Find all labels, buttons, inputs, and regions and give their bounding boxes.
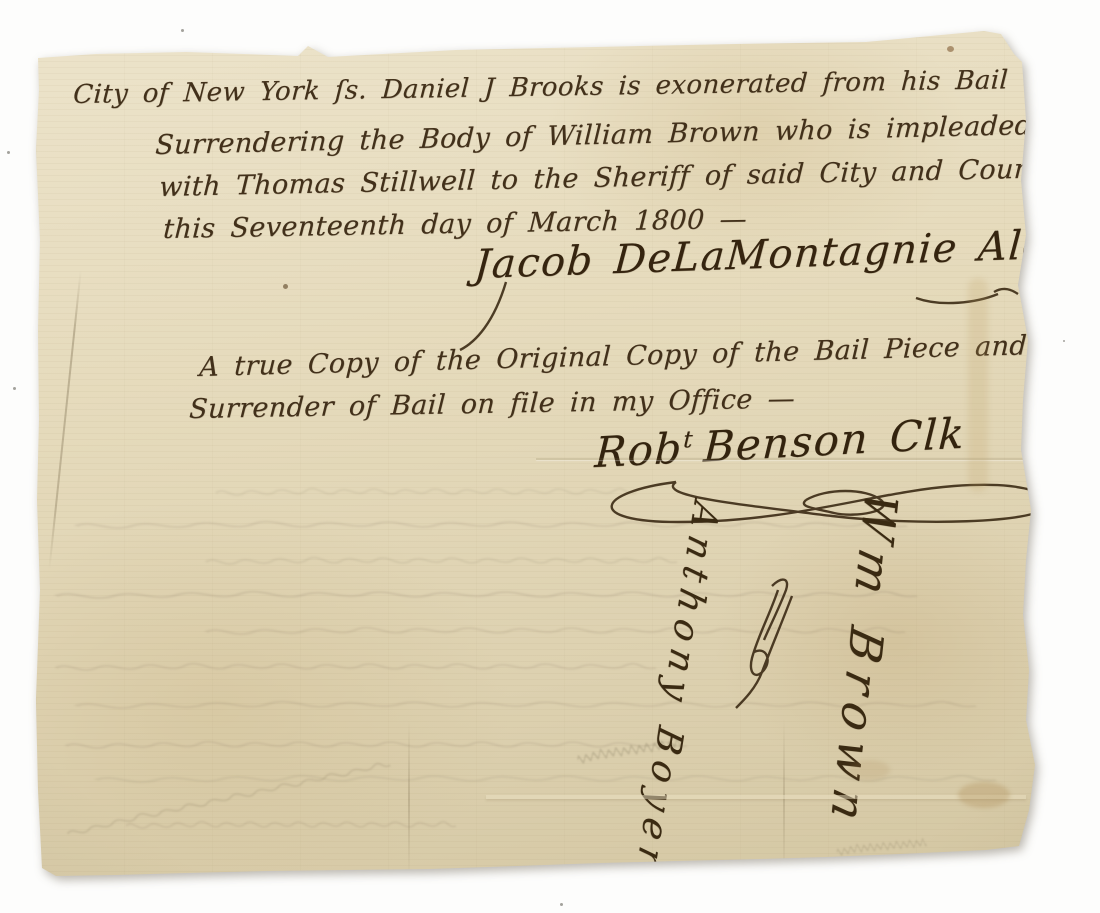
attestation-line: A true Copy of the Original Copy of the … (199, 330, 1028, 383)
paper-stain (958, 782, 1010, 808)
alderman-signature-superscript: n (1050, 224, 1067, 250)
paper-crease (783, 718, 785, 880)
document-line: City of New York ſs. Daniel J Brooks is … (72, 64, 1093, 110)
jacob-initial-descender (460, 282, 506, 350)
document-line: with Thomas Stillwell to the Sheriff of … (158, 153, 1059, 203)
ink-stain (283, 284, 288, 289)
clerk-signature-rest: Benson Clk (702, 409, 966, 472)
paper-shadow-wrap: City of New York ſs. Daniel J Brooks is … (0, 0, 1100, 913)
vertical-signature-wm-brown: Wm Brown (820, 487, 908, 836)
clerk-signature-first: Rob (593, 423, 684, 477)
attestation-line: Surrender of Bail on file in my Office — (188, 383, 796, 425)
clerk-signature-flourish (612, 482, 1036, 522)
clerk-signature-superscript: t (683, 427, 695, 454)
clerk-signature: RobtBenson Clk (593, 409, 966, 478)
paper-crease (486, 795, 1026, 799)
document-paper: City of New York ſs. Daniel J Brooks is … (36, 30, 1036, 878)
ink-stain (947, 46, 954, 52)
paper-stain (968, 278, 988, 492)
vertical-signature-anthony-boyer: Anthony Boyer (628, 497, 726, 878)
scan-background: City of New York ſs. Daniel J Brooks is … (0, 0, 1100, 913)
document-line: Surrendering the Body of William Brown w… (155, 110, 1034, 161)
alderman-signature-flourish (916, 289, 1018, 303)
paper-crease (408, 720, 410, 878)
paper-crease (48, 271, 81, 570)
initials-mark (736, 580, 792, 708)
